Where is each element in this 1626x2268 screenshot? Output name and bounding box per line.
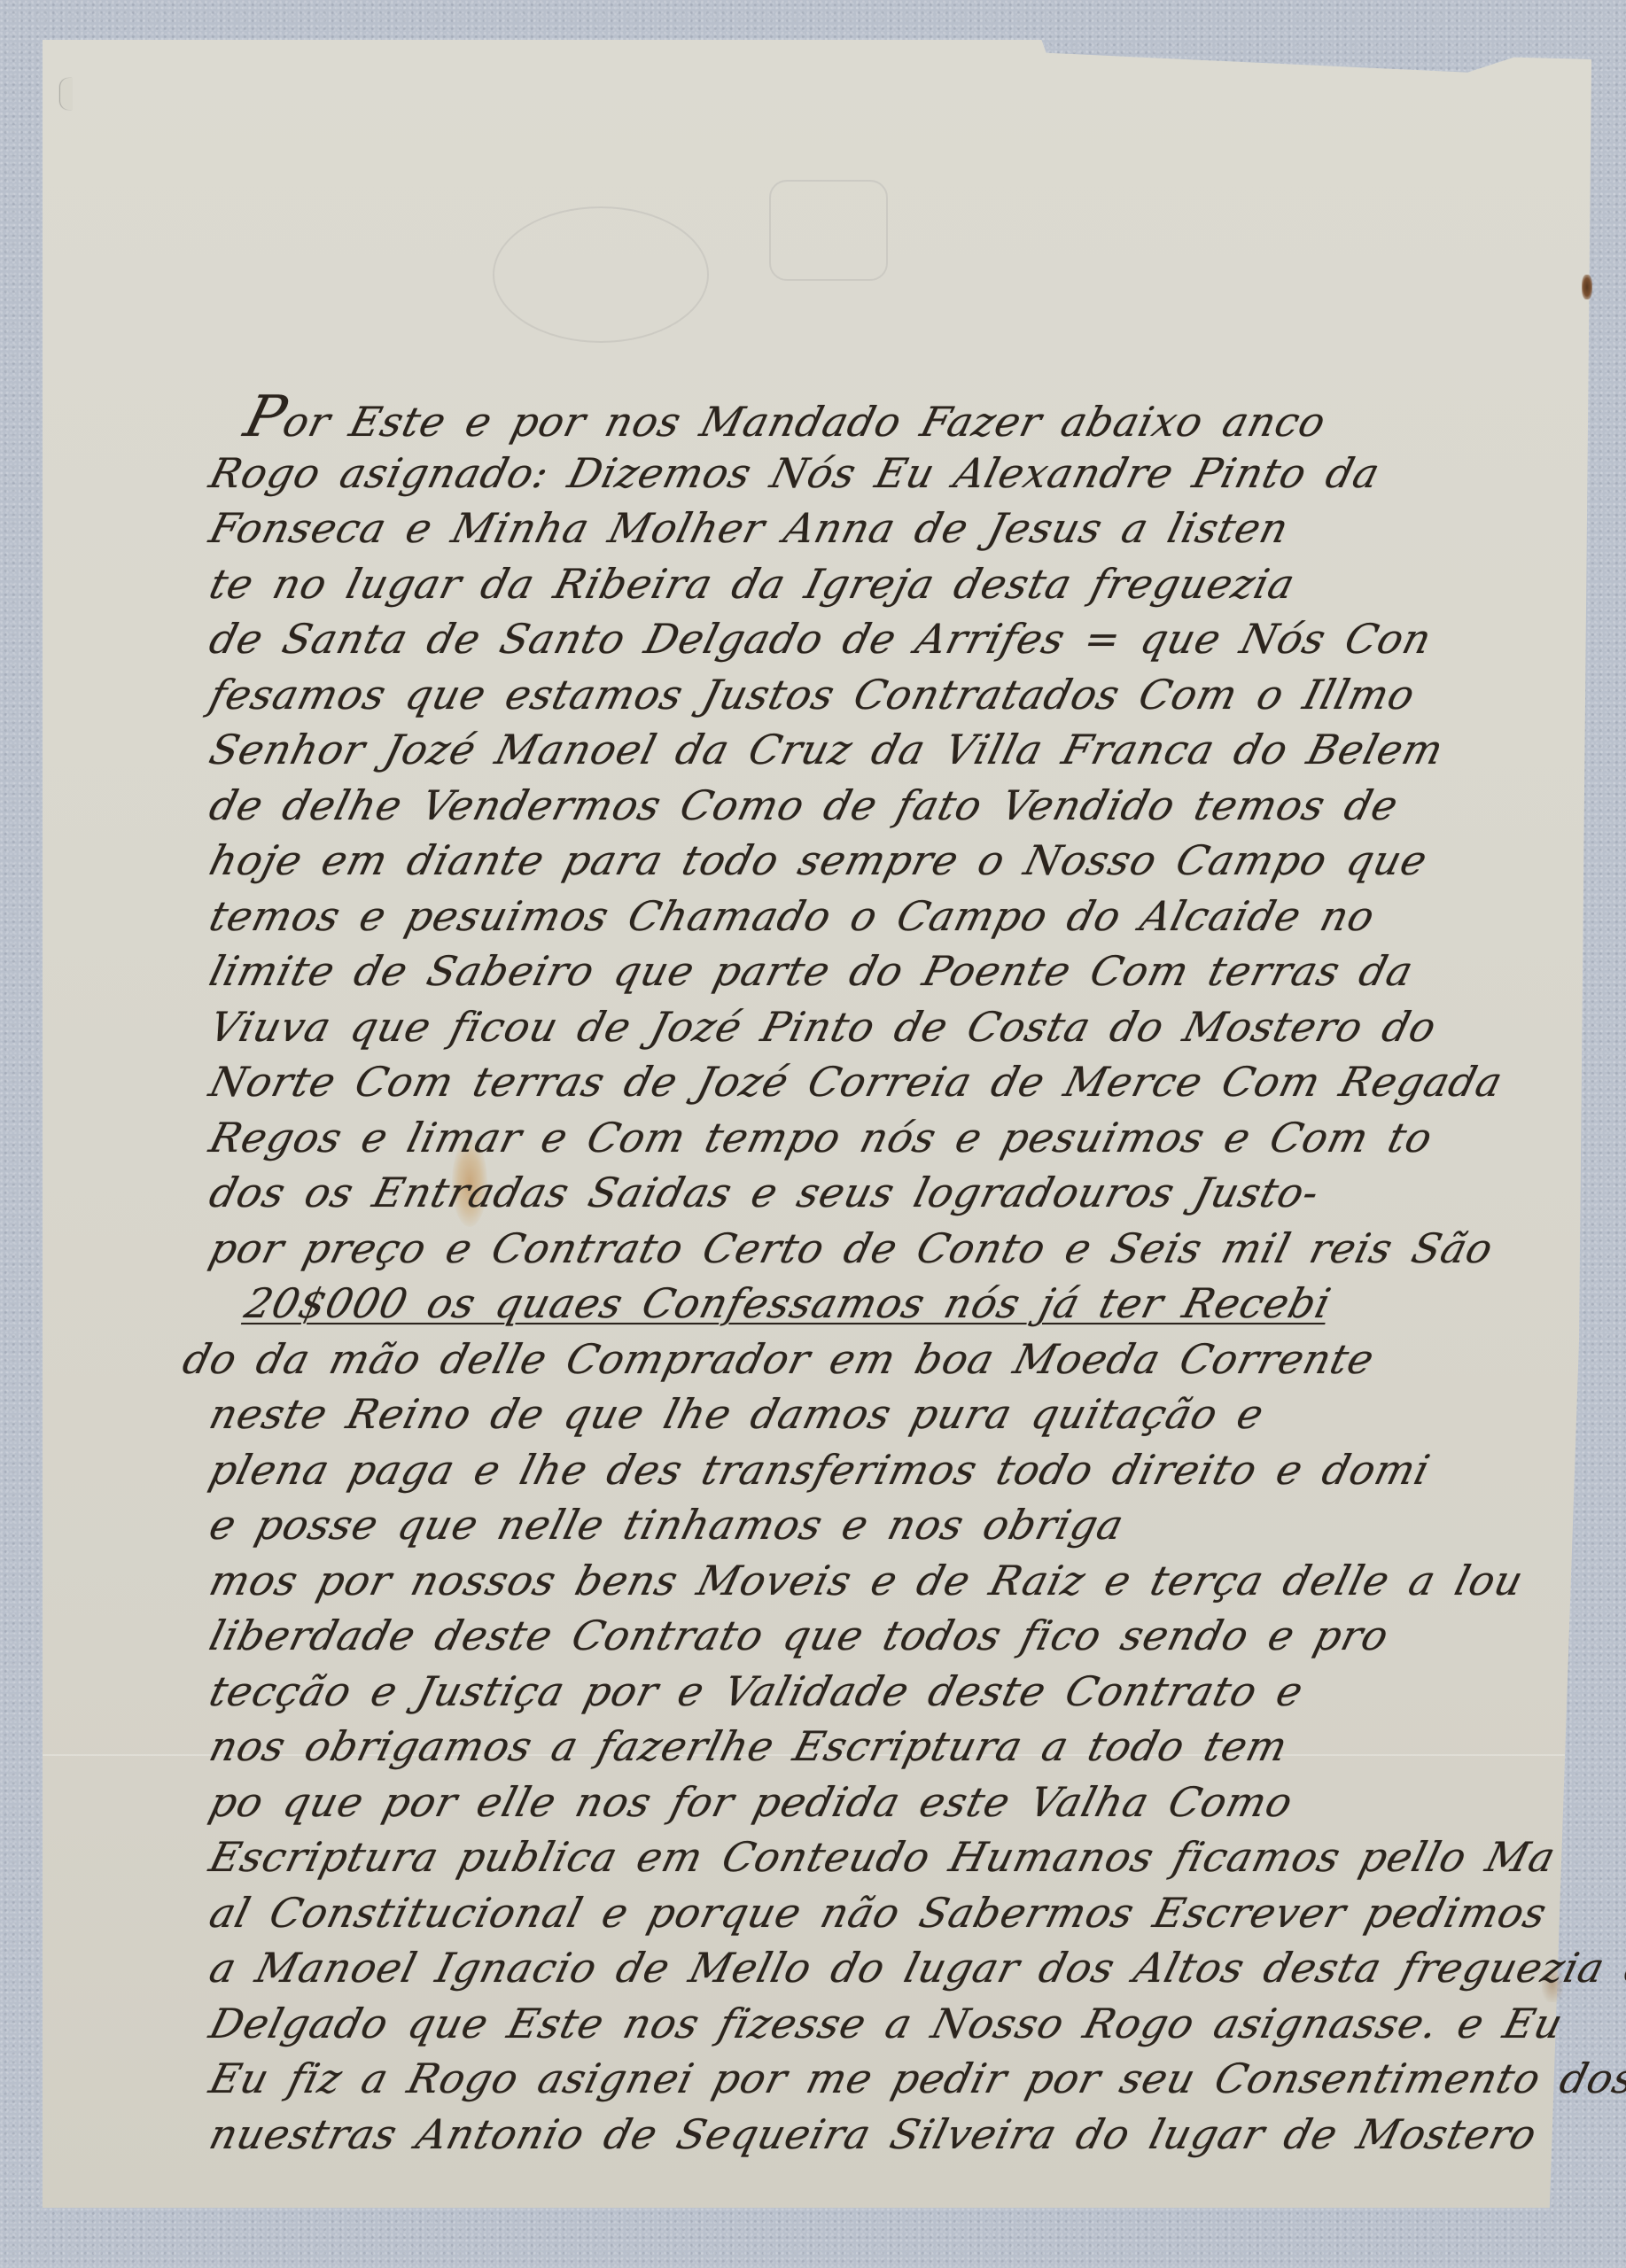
text-line-25: nos obrigamos a fazerlhe Escriptura a to…: [204, 1719, 1583, 1775]
faint-seal-stamp-right: [769, 180, 888, 281]
text-line-30: Delgado que Este nos fizesse a Nosso Rog…: [204, 1996, 1583, 2052]
manuscript-text: Por Este e por nos Mandado Fazer abaixo …: [204, 390, 1568, 2162]
text-line-20: plena paga e lhe des transferimos todo d…: [204, 1442, 1583, 1498]
text-line-14: Regos e limar e Com tempo nós e pesuimos…: [204, 1110, 1583, 1166]
paper-edge-tab: [60, 78, 73, 110]
text-line-29: a Manoel Ignacio de Mello do lugar dos A…: [204, 1940, 1583, 1996]
text-line-19: neste Reino de que lhe damos pura quitaç…: [204, 1386, 1583, 1442]
text-line-4: te no lugar da Ribeira da Igreja desta f…: [204, 556, 1583, 612]
text-line-15: dos os Entradas Saidas e seus logradouro…: [204, 1165, 1583, 1221]
text-line-10: temos e pesuimos Chamado o Campo do Alca…: [204, 889, 1583, 944]
text-line-2: Rogo asignado: Dizemos Nós Eu Alexandre …: [204, 446, 1583, 501]
text-line-3: Fonseca e Minha Molher Anna de Jesus a l…: [204, 501, 1583, 556]
text-line-7: Senhor Jozé Manoel da Cruz da Villa Fran…: [204, 722, 1583, 778]
text-line-5: de Santa de Santo Delgado de Arrifes = q…: [204, 611, 1583, 667]
text-line-16: por preço e Contrato Certo de Conto e Se…: [204, 1221, 1583, 1277]
text-line-17-amount: 20$000 os quaes Confessamos nós já ter R…: [204, 1276, 1583, 1332]
text-line-22: mos por nossos bens Moveis e de Raiz e t…: [204, 1553, 1583, 1609]
text-line-8: de delhe Vendermos Como de fato Vendido …: [204, 778, 1583, 834]
text-line-26: po que por elle nos for pedida este Valh…: [204, 1775, 1583, 1830]
text-line-28: al Constitucional e porque não Sabermos …: [204, 1885, 1583, 1941]
text-line-12: Viuva que ficou de Jozé Pinto de Costa d…: [204, 999, 1583, 1055]
text-line-11: limite de Sabeiro que parte do Poente Co…: [204, 944, 1583, 999]
text-line-13: Norte Com terras de Jozé Correia de Merc…: [204, 1054, 1583, 1110]
text-line-9: hoje em diante para todo sempre o Nosso …: [204, 833, 1583, 889]
text-line-23: liberdade deste Contrato que todos fico …: [204, 1608, 1583, 1664]
text-line-24: tecção e Justiça por e Validade deste Co…: [204, 1664, 1583, 1720]
faint-seal-stamp-left: [493, 206, 709, 343]
text-line-32-signature: nuestras Antonio de Sequeira Silveira do…: [204, 2107, 1583, 2163]
text-line-6: fesamos que estamos Justos Contratados C…: [204, 667, 1583, 723]
rust-mark: [1582, 275, 1592, 299]
text-line-27: Escriptura publica em Conteudo Humanos f…: [204, 1829, 1583, 1885]
text-line-21: e posse que nelle tinhamos e nos obriga: [204, 1497, 1583, 1553]
text-line-31: Eu fiz a Rogo asignei por me pedir por s…: [204, 2051, 1583, 2107]
text-line-1: Por Este e por nos Mandado Fazer abaixo …: [204, 390, 1583, 446]
text-line-18: do da mão delle Comprador em boa Moeda C…: [177, 1332, 1583, 1387]
